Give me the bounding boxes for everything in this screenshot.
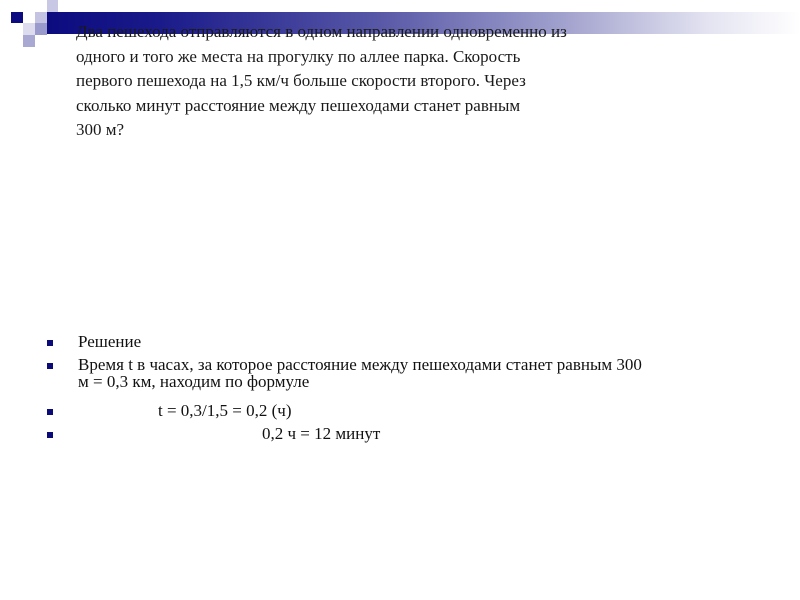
problem-line: Два пешехода отправляются в одном направ… bbox=[76, 20, 696, 45]
bullet-icon bbox=[47, 432, 53, 438]
deco-square-low bbox=[23, 35, 35, 47]
bullet-icon bbox=[47, 363, 53, 369]
deco-square-top bbox=[47, 0, 58, 12]
problem-line: сколько минут расстояние между пешеходам… bbox=[76, 94, 696, 119]
deco-square-pale bbox=[23, 23, 35, 35]
deco-square-lavender bbox=[35, 12, 47, 23]
problem-text: Два пешехода отправляются в одном направ… bbox=[76, 20, 696, 143]
deco-square-mid bbox=[35, 23, 47, 35]
problem-line: одного и того же места на прогулку по ал… bbox=[76, 45, 696, 70]
bullet-icon bbox=[47, 409, 53, 415]
problem-line: первого пешехода на 1,5 км/ч больше скор… bbox=[76, 69, 696, 94]
problem-line: 300 м? bbox=[76, 118, 696, 143]
bullet-icon bbox=[47, 340, 53, 346]
deco-square-dark bbox=[11, 12, 23, 23]
